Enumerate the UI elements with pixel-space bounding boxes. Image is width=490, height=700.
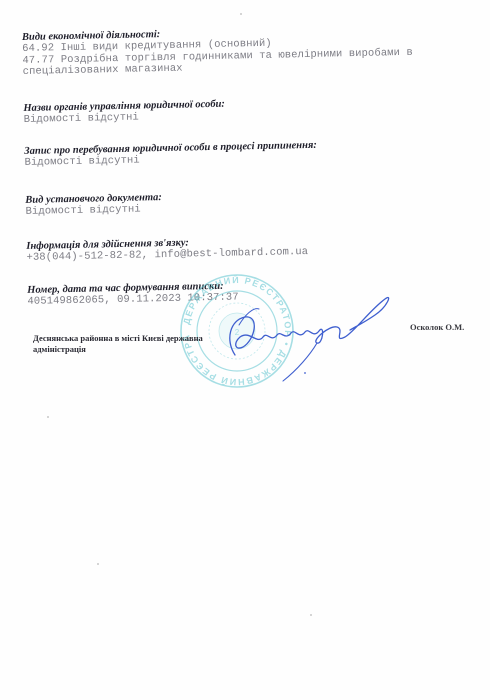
signature-icon <box>205 285 395 385</box>
scan-speck <box>47 416 49 418</box>
section-value: Відомості відсутні <box>24 111 226 127</box>
section-governing-bodies: Назви органів управління юридичної особи… <box>23 99 225 127</box>
section-termination-record: Запис про перебування юридичної особи в … <box>24 140 317 170</box>
scan-speck <box>310 614 312 616</box>
scan-speck <box>240 13 242 15</box>
section-founding-document: Вид установчого документа: Відомості від… <box>25 192 162 218</box>
section-value: Відомості відсутні <box>25 204 162 218</box>
section-economic-activities: Види економічної діяльності: 64.92 Інші … <box>22 24 413 79</box>
issuing-authority: Деснянська районна в місті Києві державн… <box>33 333 213 355</box>
section-contact-info: Інформація для здійснення зв'язку: +38(0… <box>26 235 308 264</box>
scan-speck <box>97 563 99 565</box>
signer-name: Осколок О.М. <box>410 322 464 332</box>
